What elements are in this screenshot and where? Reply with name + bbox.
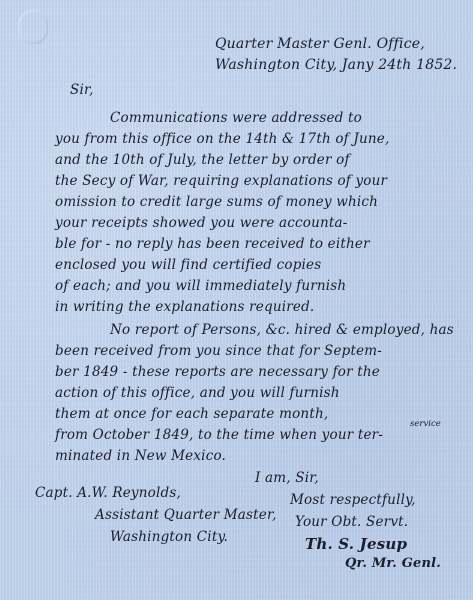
addressee-line-3: Washington City.: [110, 529, 228, 545]
header-place-date: Washington City, Jany 24th 1852.: [215, 57, 457, 73]
body-line: No report of Persons, &c. hired & employ…: [110, 322, 454, 338]
salutation: Sir,: [70, 82, 94, 98]
body-line: minated in New Mexico.: [55, 448, 226, 464]
body-line: them at once for each separate month,: [55, 406, 328, 422]
body-line: and the 10th of July, the letter by orde…: [55, 152, 350, 168]
body-line: action of this office, and you will furn…: [55, 385, 340, 401]
letter-page: Quarter Master Genl. Office, Washington …: [0, 0, 473, 600]
body-line: your receipts showed you were accounta-: [55, 215, 348, 231]
interlineation: service: [410, 419, 441, 429]
body-line: the Secy of War, requiring explanations …: [55, 173, 387, 189]
body-line: you from this office on the 14th & 17th …: [55, 131, 389, 147]
closing-line-3: Your Obt. Servt.: [295, 514, 408, 530]
body-line: ble for - no reply has been received to …: [55, 236, 370, 252]
closing-line-1: I am, Sir,: [255, 470, 319, 486]
closing-line-2: Most respectfully,: [290, 492, 416, 508]
body-line: of each; and you will immediately furnis…: [55, 278, 346, 294]
signature-name: Th. S. Jesup: [305, 535, 407, 553]
body-line: enclosed you will find certified copies: [55, 257, 321, 273]
body-line: omission to credit large sums of money w…: [55, 194, 378, 210]
embossed-seal-icon: [18, 10, 48, 44]
addressee-line-2: Assistant Quarter Master,: [95, 507, 277, 523]
addressee-line-1: Capt. A.W. Reynolds,: [35, 485, 181, 501]
body-line: from October 1849, to the time when your…: [55, 427, 383, 443]
body-line: in writing the explanations required.: [55, 299, 314, 315]
header-office: Quarter Master Genl. Office,: [215, 36, 425, 52]
body-line: been received from you since that for Se…: [55, 343, 382, 359]
body-line: ber 1849 - these reports are necessary f…: [55, 364, 380, 380]
signature-title: Qr. Mr. Genl.: [345, 556, 441, 571]
body-line: Communications were addressed to: [110, 110, 362, 126]
